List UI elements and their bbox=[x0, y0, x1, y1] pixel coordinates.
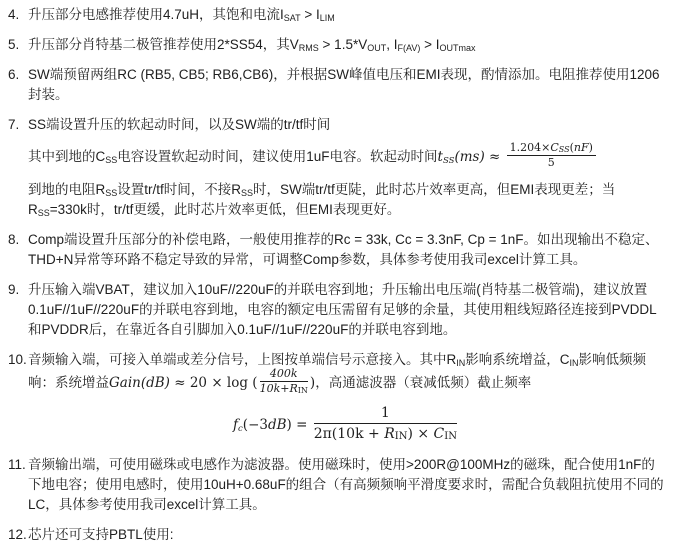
text-segment: 影响系统增益，C bbox=[465, 352, 569, 367]
list-item: 8.Comp端设置升压部分的补偿电路，一般使用推荐的Rc = 33k, Cc =… bbox=[8, 230, 664, 270]
text-segment: SS bbox=[105, 188, 117, 198]
text-segment: 音频输入端，可接入单端或差分信号，上图按单端信号示意接入。其中R bbox=[28, 352, 456, 367]
list-item: 4.升压部分电感推荐使用4.7uH，其饱和电流ISAT > ILIM bbox=[8, 5, 664, 25]
list-item-number: 12. bbox=[8, 525, 28, 541]
list-item: 10.音频输入端，可接入单端或差分信号，上图按单端信号示意接入。其中RIN影响系… bbox=[8, 350, 664, 445]
text-segment: IN bbox=[298, 386, 308, 395]
text-segment: 到地的电阻R bbox=[28, 182, 105, 197]
document-page: 4.升压部分电感推荐使用4.7uH，其饱和电流ISAT > ILIM5.升压部分… bbox=[0, 0, 682, 541]
list-item-number: 4. bbox=[8, 5, 28, 25]
text-segment: ) bbox=[589, 141, 593, 154]
paragraph: 升压部分肖特基二极管推荐使用2*SS54，其VRMS > 1.5*VOUT, I… bbox=[28, 35, 664, 55]
fraction-denominator: 2π(10k + RIN) × CIN bbox=[314, 424, 457, 443]
list-item-number: 9. bbox=[8, 280, 28, 300]
paragraph: 音频输出端，可使用磁珠或电感作为滤波器。使用磁珠时，使用>200R@100MHz… bbox=[28, 455, 664, 515]
fraction: 400k10k+RIN bbox=[260, 368, 308, 395]
fraction: 1.204×CSS(nF)5 bbox=[507, 142, 596, 169]
text-segment: dB bbox=[268, 417, 287, 433]
paragraph: 芯片还可支持PBTL使用: bbox=[28, 525, 664, 541]
list-item: 11.音频输出端，可使用磁珠或电感作为滤波器。使用磁珠时，使用>200R@100… bbox=[8, 455, 664, 515]
text-segment: ) × bbox=[407, 426, 433, 442]
text-segment: 1 bbox=[381, 405, 390, 421]
paragraph: 其中到地的CSS电容设置软起动时间，建议使用1uF电容。软起动时间tSS(ms)… bbox=[28, 144, 664, 171]
list-item-number: 11. bbox=[8, 455, 28, 475]
paragraph: 到地的电阻RSS设置tr/tf时间，不接RSS时，SW端tr/tf更陡，此时芯片… bbox=[28, 180, 664, 220]
paragraph: 音频输入端，可接入单端或差分信号，上图按单端信号示意接入。其中RIN影响系统增益… bbox=[28, 350, 664, 397]
text-segment: 音频输出端，可使用磁珠或电感作为滤波器。使用磁珠时，使用>200R@100MHz… bbox=[28, 457, 664, 512]
text-segment: ≈ 20 × log ( bbox=[170, 375, 258, 391]
text-segment: =330k时，tr/tf更缓，此时芯片效率更低，但EMI表现更好。 bbox=[50, 202, 401, 217]
text-segment: SS bbox=[38, 208, 50, 218]
text-segment: SS bbox=[559, 145, 570, 154]
text-segment: IN bbox=[456, 358, 465, 368]
fraction-numerator: 1.204×CSS(nF) bbox=[507, 142, 596, 156]
text-segment: nF bbox=[574, 141, 589, 154]
text-segment: > I bbox=[301, 7, 320, 22]
paragraph: 升压部分电感推荐使用4.7uH，其饱和电流ISAT > ILIM bbox=[28, 5, 664, 25]
text-segment: IN bbox=[570, 358, 579, 368]
text-segment: SS bbox=[241, 188, 253, 198]
text-segment: C bbox=[434, 426, 445, 442]
text-segment: LIM bbox=[320, 13, 335, 23]
list-item: 7.SS端设置升压的软起动时间，以及SW端的tr/tf时间其中到地的CSS电容设… bbox=[8, 115, 664, 220]
text-segment: OUTmax bbox=[439, 43, 475, 53]
text-segment: 2π(10k + bbox=[314, 426, 385, 442]
fraction-numerator: 400k bbox=[260, 368, 308, 382]
text-segment: 设置tr/tf时间，不接R bbox=[117, 182, 241, 197]
list-item-number: 5. bbox=[8, 35, 28, 55]
list-item: 6.SW端预留两组RC (RB5, CB5; RB6,CB6)，并根据SW峰值电… bbox=[8, 65, 664, 105]
text-segment: F(AV) bbox=[397, 43, 420, 53]
text-segment: 升压部分电感推荐使用4.7uH，其饱和电流I bbox=[28, 7, 284, 22]
fraction-denominator: 5 bbox=[507, 156, 596, 169]
text-segment: RMS bbox=[299, 43, 319, 53]
text-segment: 10k+R bbox=[260, 382, 298, 395]
list-item: 5.升压部分肖特基二极管推荐使用2*SS54，其VRMS > 1.5*VOUT,… bbox=[8, 35, 664, 55]
text-segment: OUT bbox=[367, 43, 386, 53]
text-segment: Gain(dB) bbox=[109, 375, 170, 391]
formula-paragraph: fc(−3dB) = 12π(10k + RIN) × CIN bbox=[28, 406, 664, 445]
text-segment: C bbox=[550, 141, 558, 154]
list-item-number: 10. bbox=[8, 350, 28, 370]
text-segment: , I bbox=[386, 37, 397, 52]
text-segment: 升压部分肖特基二极管推荐使用2*SS54，其V bbox=[28, 37, 299, 52]
text-segment: IN bbox=[444, 431, 457, 442]
list-item-number: 6. bbox=[8, 65, 28, 85]
text-segment: > I bbox=[420, 37, 439, 52]
fraction-denominator: 10k+RIN bbox=[260, 382, 308, 395]
text-segment: SAT bbox=[284, 13, 301, 23]
text-segment: 其中到地的C bbox=[28, 149, 105, 164]
paragraph: Comp端设置升压部分的补偿电路，一般使用推荐的Rc = 33k, Cc = 3… bbox=[28, 230, 664, 270]
list-item: 9.升压输入端VBAT，建议加入10uF//220uF的并联电容到地；升压输出电… bbox=[8, 280, 664, 340]
text-segment: SS bbox=[443, 156, 455, 166]
text-segment: 升压输入端VBAT，建议加入10uF//220uF的并联电容到地；升压输出电压端… bbox=[28, 282, 657, 337]
text-segment: R bbox=[384, 426, 395, 442]
paragraph: SW端预留两组RC (RB5, CB5; RB6,CB6)，并根据SW峰值电压和… bbox=[28, 65, 664, 105]
text-segment: IN bbox=[395, 431, 408, 442]
text-segment: > 1.5*V bbox=[319, 37, 367, 52]
list-item-number: 7. bbox=[8, 115, 28, 135]
text-segment: ≈ bbox=[485, 149, 505, 165]
text-segment: SS bbox=[105, 155, 117, 165]
text-segment: Comp端设置升压部分的补偿电路，一般使用推荐的Rc = 33k, Cc = 3… bbox=[28, 232, 658, 267]
text-segment: 电容设置软起动时间，建议使用1uF电容。软起动时间 bbox=[117, 149, 437, 164]
paragraph: SS端设置升压的软起动时间，以及SW端的tr/tf时间 bbox=[28, 115, 664, 135]
list-item: 12.芯片还可支持PBTL使用: bbox=[8, 525, 664, 541]
paragraph: 升压输入端VBAT，建议加入10uF//220uF的并联电容到地；升压输出电压端… bbox=[28, 280, 664, 340]
fraction-numerator: 1 bbox=[314, 404, 457, 424]
text-segment: ，高通滤波器（衰减低频）截止频率 bbox=[315, 375, 531, 390]
text-segment: SS端设置升压的软起动时间，以及SW端的tr/tf时间 bbox=[28, 117, 330, 132]
text-segment: 芯片还可支持PBTL使用: bbox=[28, 527, 174, 541]
text-segment: SW端预留两组RC (RB5, CB5; RB6,CB6)，并根据SW峰值电压和… bbox=[28, 67, 660, 102]
fraction: 12π(10k + RIN) × CIN bbox=[314, 404, 457, 443]
list-item-number: 8. bbox=[8, 230, 28, 250]
text-segment: (−3 bbox=[243, 417, 268, 433]
text-segment: 400k bbox=[270, 367, 298, 380]
text-segment: 5 bbox=[548, 156, 555, 169]
text-segment: (ms) bbox=[454, 149, 484, 165]
text-segment: ) = bbox=[287, 417, 312, 433]
text-segment: 1.204× bbox=[510, 141, 551, 154]
document-body: 4.升压部分电感推荐使用4.7uH，其饱和电流ISAT > ILIM5.升压部分… bbox=[8, 5, 664, 541]
